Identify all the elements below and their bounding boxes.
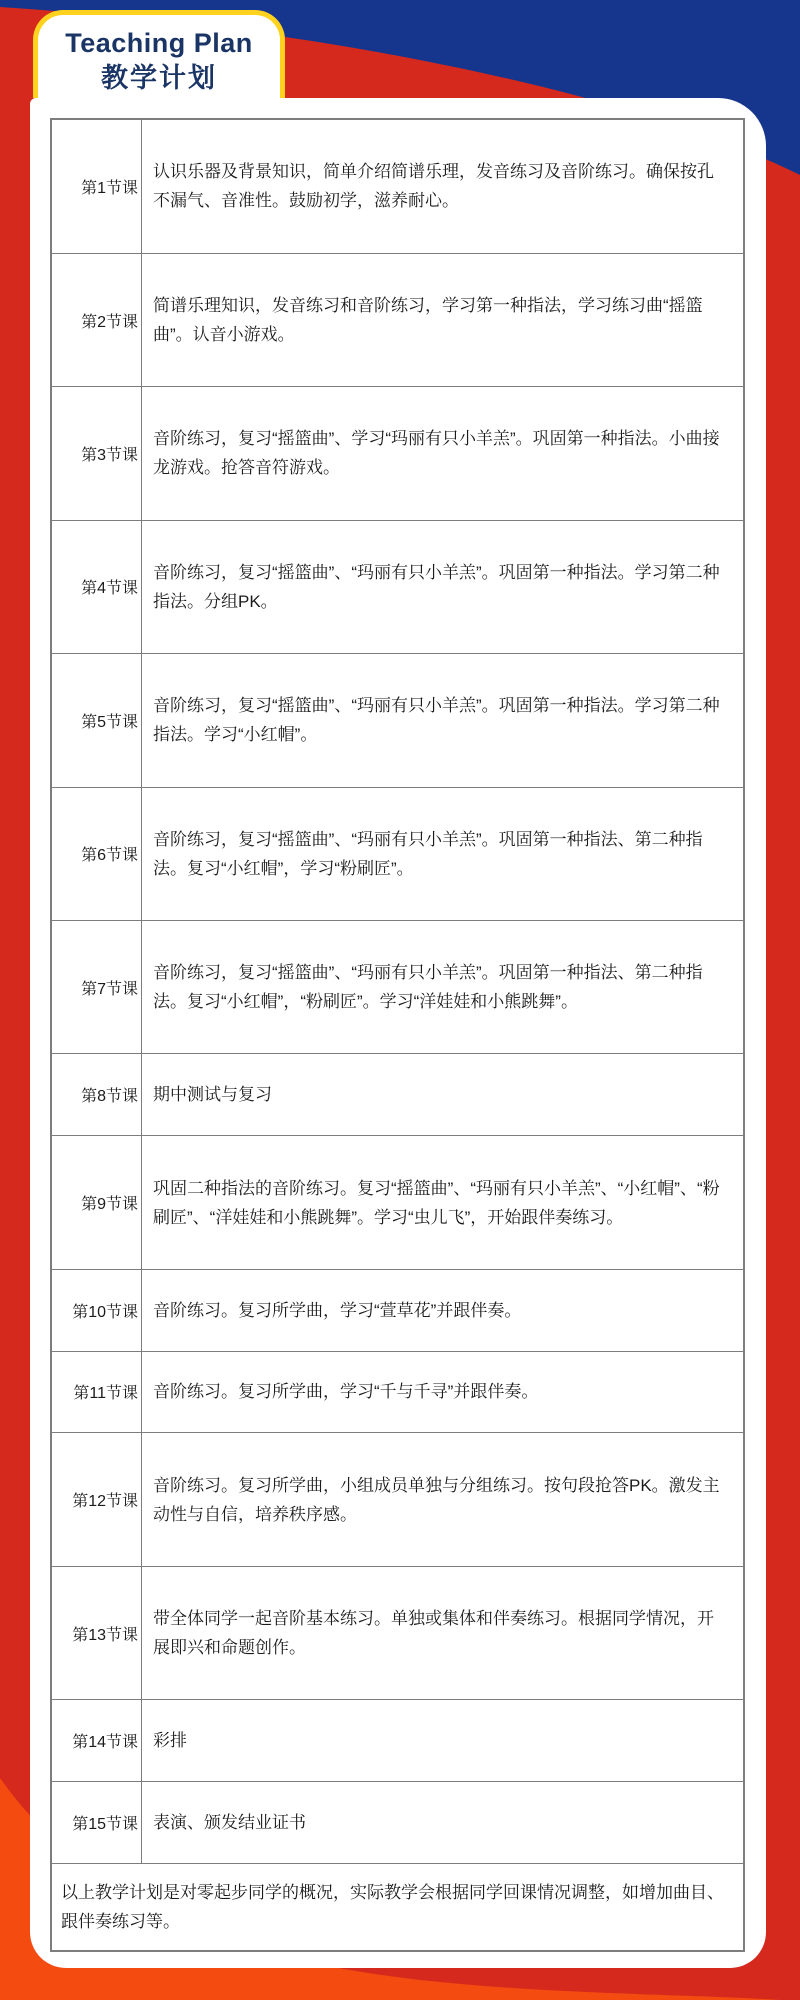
table-row: 第10节课音阶练习。复习所学曲，学习“萱草花”并跟伴奏。 xyxy=(51,1269,744,1351)
table-row: 第8节课期中测试与复习 xyxy=(51,1054,744,1136)
table-row: 第13节课带全体同学一起音阶基本练习。单独或集体和伴奏练习。根据同学情况，开展即… xyxy=(51,1566,744,1699)
lesson-content-cell: 音阶练习。复习所学曲，小组成员单独与分组练习。按句段抢答PK。激发主动性与自信，… xyxy=(142,1433,745,1566)
lesson-number-cell: 第11节课 xyxy=(51,1351,142,1433)
lesson-content-cell: 音阶练习，复习“摇篮曲”、“玛丽有只小羊羔”。巩固第一种指法、第二种指法。复习“… xyxy=(142,787,745,920)
lesson-content-cell: 音阶练习。复习所学曲，学习“萱草花”并跟伴奏。 xyxy=(142,1269,745,1351)
page-title-english: Teaching Plan xyxy=(38,26,280,60)
lesson-number-cell: 第6节课 xyxy=(51,787,142,920)
lesson-number-cell: 第9节课 xyxy=(51,1136,142,1269)
footer-note: 以上教学计划是对零起步同学的概况，实际教学会根据同学回课情况调整，如增加曲目、跟… xyxy=(51,1864,744,1952)
lesson-content-cell: 认识乐器及背景知识，简单介绍简谱乐理，发音练习及音阶练习。确保按孔不漏气、音准性… xyxy=(142,119,745,253)
lesson-content-cell: 巩固二种指法的音阶练习。复习“摇篮曲”、“玛丽有只小羊羔”、“小红帽”、“粉刷匠… xyxy=(142,1136,745,1269)
lesson-number-cell: 第14节课 xyxy=(51,1700,142,1782)
lesson-number-cell: 第7节课 xyxy=(51,921,142,1054)
lesson-number-cell: 第13节课 xyxy=(51,1566,142,1699)
table-row: 第6节课音阶练习，复习“摇篮曲”、“玛丽有只小羊羔”。巩固第一种指法、第二种指法… xyxy=(51,787,744,920)
lesson-content-cell: 音阶练习，复习“摇篮曲”、“玛丽有只小羊羔”。巩固第一种指法。学习第二种指法。分… xyxy=(142,520,745,653)
lesson-content-cell: 音阶练习。复习所学曲，学习“千与千寻”并跟伴奏。 xyxy=(142,1351,745,1433)
content-card: 第1节课认识乐器及背景知识，简单介绍简谱乐理，发音练习及音阶练习。确保按孔不漏气… xyxy=(30,98,766,1968)
table-row: 第2节课简谱乐理知识，发音练习和音阶练习，学习第一种指法，学习练习曲“摇篮曲”。… xyxy=(51,253,744,386)
lesson-content-cell: 简谱乐理知识，发音练习和音阶练习，学习第一种指法，学习练习曲“摇篮曲”。认音小游… xyxy=(142,253,745,386)
table-row: 第12节课音阶练习。复习所学曲，小组成员单独与分组练习。按句段抢答PK。激发主动… xyxy=(51,1433,744,1566)
lesson-number-cell: 第4节课 xyxy=(51,520,142,653)
page-title-chinese: 教学计划 xyxy=(38,60,280,96)
lesson-content-cell: 彩排 xyxy=(142,1700,745,1782)
table-row: 第3节课音阶练习，复习“摇篮曲”、学习“玛丽有只小羊羔”。巩固第一种指法。小曲接… xyxy=(51,387,744,520)
lesson-number-cell: 第2节课 xyxy=(51,253,142,386)
lesson-number-cell: 第1节课 xyxy=(51,119,142,253)
table-row: 第7节课音阶练习，复习“摇篮曲”、“玛丽有只小羊羔”。巩固第一种指法、第二种指法… xyxy=(51,921,744,1054)
lesson-content-cell: 表演、颁发结业证书 xyxy=(142,1782,745,1864)
table-row: 第14节课彩排 xyxy=(51,1700,744,1782)
table-row: 第11节课音阶练习。复习所学曲，学习“千与千寻”并跟伴奏。 xyxy=(51,1351,744,1433)
table-row: 第5节课音阶练习，复习“摇篮曲”、“玛丽有只小羊羔”。巩固第一种指法。学习第二种… xyxy=(51,654,744,787)
lesson-content-cell: 音阶练习，复习“摇篮曲”、学习“玛丽有只小羊羔”。巩固第一种指法。小曲接龙游戏。… xyxy=(142,387,745,520)
lesson-number-cell: 第10节课 xyxy=(51,1269,142,1351)
teaching-plan-table: 第1节课认识乐器及背景知识，简单介绍简谱乐理，发音练习及音阶练习。确保按孔不漏气… xyxy=(50,118,745,1952)
table-row: 第4节课音阶练习，复习“摇篮曲”、“玛丽有只小羊羔”。巩固第一种指法。学习第二种… xyxy=(51,520,744,653)
lesson-content-cell: 带全体同学一起音阶基本练习。单独或集体和伴奏练习。根据同学情况，开展即兴和命题创… xyxy=(142,1566,745,1699)
table-row: 第9节课巩固二种指法的音阶练习。复习“摇篮曲”、“玛丽有只小羊羔”、“小红帽”、… xyxy=(51,1136,744,1269)
lesson-number-cell: 第5节课 xyxy=(51,654,142,787)
lesson-number-cell: 第3节课 xyxy=(51,387,142,520)
lesson-number-cell: 第12节课 xyxy=(51,1433,142,1566)
lesson-content-cell: 期中测试与复习 xyxy=(142,1054,745,1136)
lesson-content-cell: 音阶练习，复习“摇篮曲”、“玛丽有只小羊羔”。巩固第一种指法。学习第二种指法。学… xyxy=(142,654,745,787)
header-badge: Teaching Plan 教学计划 xyxy=(33,10,285,98)
footer-note-row: 以上教学计划是对零起步同学的概况，实际教学会根据同学回课情况调整，如增加曲目、跟… xyxy=(51,1864,744,1952)
lesson-content-cell: 音阶练习，复习“摇篮曲”、“玛丽有只小羊羔”。巩固第一种指法、第二种指法。复习“… xyxy=(142,921,745,1054)
lesson-number-cell: 第8节课 xyxy=(51,1054,142,1136)
teaching-plan-page: 第1节课认识乐器及背景知识，简单介绍简谱乐理，发音练习及音阶练习。确保按孔不漏气… xyxy=(0,0,800,2000)
table-row: 第15节课表演、颁发结业证书 xyxy=(51,1782,744,1864)
plan-table-body: 第1节课认识乐器及背景知识，简单介绍简谱乐理，发音练习及音阶练习。确保按孔不漏气… xyxy=(51,119,744,1864)
lesson-number-cell: 第15节课 xyxy=(51,1782,142,1864)
table-row: 第1节课认识乐器及背景知识，简单介绍简谱乐理，发音练习及音阶练习。确保按孔不漏气… xyxy=(51,119,744,253)
